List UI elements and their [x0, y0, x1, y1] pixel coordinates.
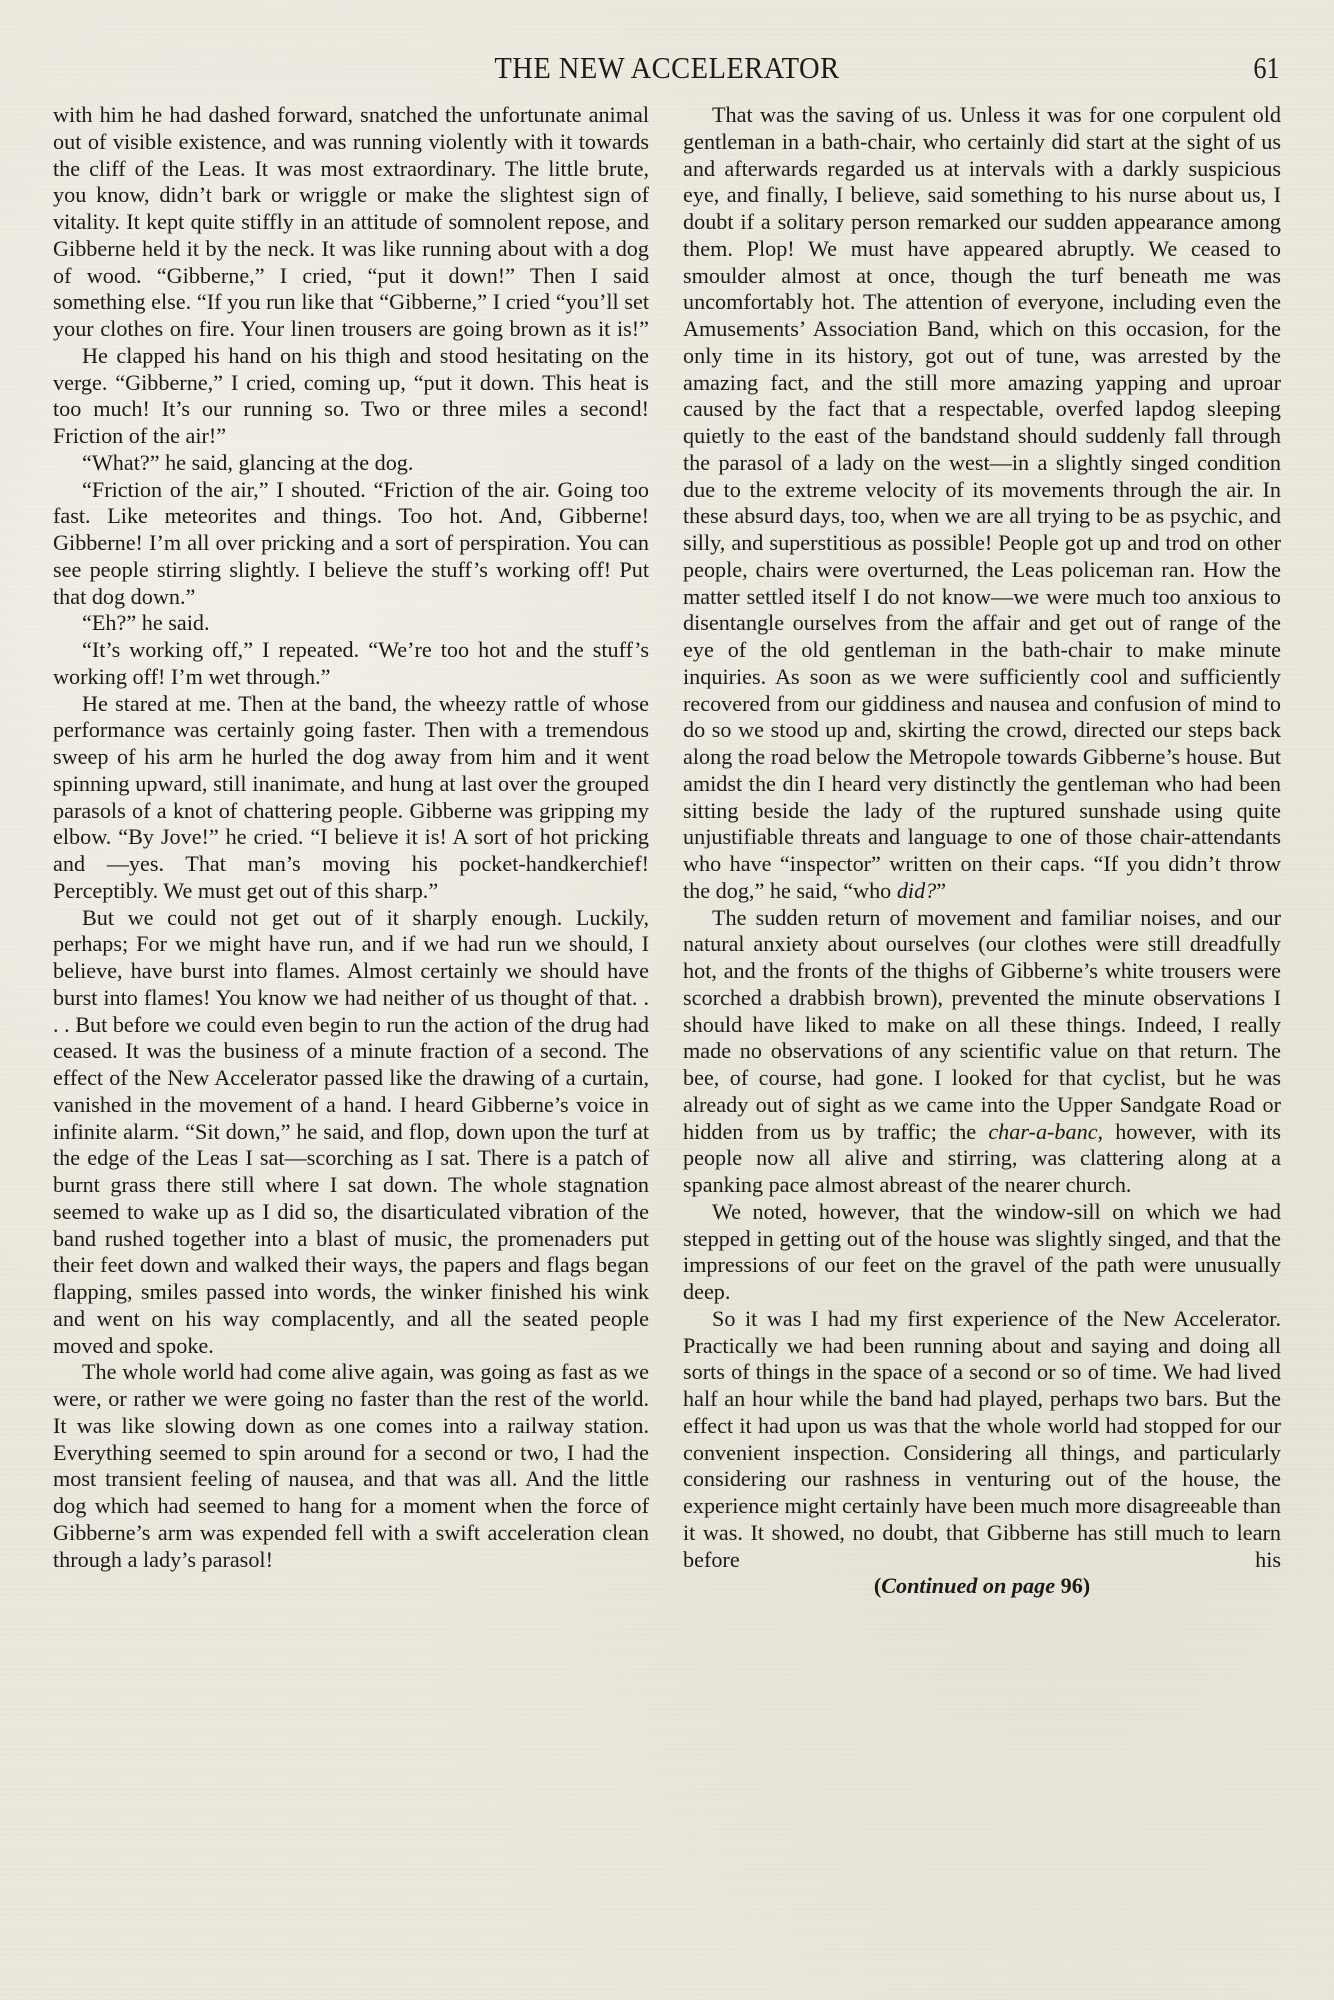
right-column: That was the saving of us. Unless it was… [683, 102, 1281, 1600]
paragraph: “It’s working off,” I repeated. “We’re t… [53, 637, 649, 691]
paragraph-text: The sudden return of movement and famili… [683, 905, 1281, 1144]
italic-emphasis: did? [897, 878, 936, 903]
paragraph: “Friction of the air,” I shouted. “Frict… [53, 477, 649, 611]
paragraph: He clapped his hand on his thigh and sto… [53, 343, 649, 450]
paragraph: That was the saving of us. Unless it was… [683, 102, 1281, 905]
paragraph: The whole world had come alive again, wa… [53, 1359, 649, 1573]
continuation-note: (Continued on page 96) [683, 1573, 1281, 1600]
page-number: 61 [1253, 50, 1279, 86]
paragraph: “Eh?” he said. [53, 610, 649, 637]
paragraph: We noted, however, that the window-sill … [683, 1199, 1281, 1306]
paragraph: So it was I had my first experience of t… [683, 1306, 1281, 1574]
continuation-label: Continued on page [881, 1573, 1055, 1598]
closing-quote: ” [936, 878, 946, 903]
paragraph-text: That was the saving of us. Unless it was… [683, 102, 1281, 903]
paragraph: with him he had dashed forward, snatched… [53, 102, 649, 343]
magazine-page: THE NEW ACCELERATOR 61 with him he had d… [0, 0, 1334, 2000]
left-column: with him he had dashed forward, snatched… [53, 102, 649, 1573]
continuation-page: 96) [1055, 1573, 1090, 1598]
paragraph: The sudden return of movement and famili… [683, 905, 1281, 1199]
paragraph: But we could not get out of it sharply e… [53, 905, 649, 1360]
running-head: THE NEW ACCELERATOR 61 [0, 50, 1334, 90]
paragraph: He stared at me. Then at the band, the w… [53, 691, 649, 905]
story-title: THE NEW ACCELERATOR [53, 50, 1280, 86]
italic-emphasis: char-a-banc, [988, 1119, 1103, 1144]
paragraph: “What?” he said, glancing at the dog. [53, 450, 649, 477]
